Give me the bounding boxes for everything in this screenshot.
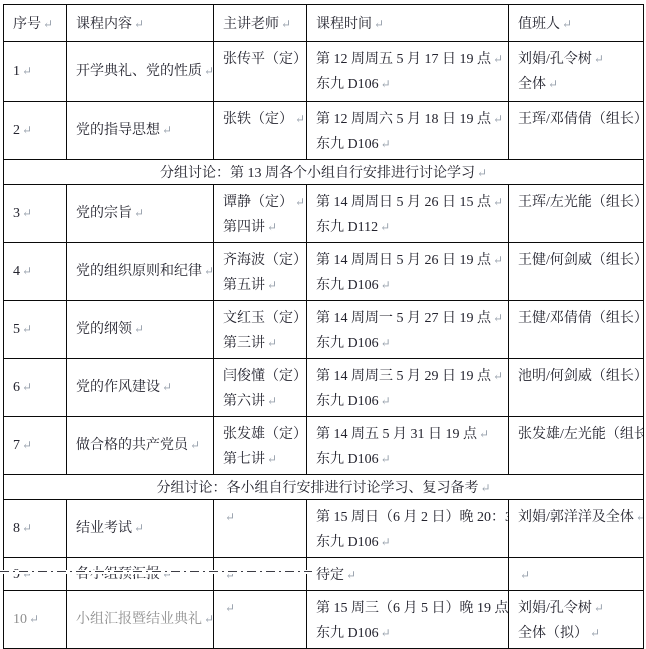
text-run: 第 15 周日（6 月 2 日）晚 20：30	[316, 510, 509, 525]
text-run: 第 14 周周日 5 月 26 日 15 点	[316, 195, 491, 210]
text-line: 闫俊懂（定）↵	[223, 364, 304, 389]
text-line: 第 14 周周一 5 月 27 日 19 点↵	[316, 306, 506, 331]
text-run: 8	[13, 521, 20, 536]
column-header-label: 主讲老师	[223, 17, 279, 32]
cell-number: 3↵	[4, 185, 67, 243]
text-line: 刘娟/孔令树↵	[518, 596, 641, 621]
paragraph-mark-icon: ↵	[27, 612, 39, 626]
text-line: 全体（拟）↵	[518, 621, 641, 646]
text-run: 小组汇报暨结业典礼	[76, 612, 202, 627]
paragraph-mark-icon: ↵	[546, 77, 558, 91]
cell-teacher: 谭静（定）↵第四讲↵	[214, 185, 307, 243]
text-run: 党的纲领	[76, 322, 132, 337]
cell-course-content: 开学典礼、党的性质↵	[67, 42, 214, 102]
paragraph-mark-icon: ↵	[265, 336, 277, 350]
text-line: 第三讲↵	[223, 331, 304, 356]
text-line: 东九 D106↵	[316, 72, 506, 97]
text-line: 齐海波（定）↵	[223, 248, 304, 273]
text-line: 第五讲↵	[223, 273, 304, 298]
table-row: 8↵结业考试↵↵第 15 周日（6 月 2 日）晚 20：30↵东九 D106↵…	[4, 500, 644, 558]
paragraph-mark-icon: ↵	[592, 601, 604, 615]
text-run: 齐海波（定）	[223, 253, 307, 268]
paragraph-mark-icon: ↵	[491, 52, 503, 66]
text-line: 2↵	[13, 118, 64, 143]
paragraph-mark-icon: ↵	[132, 322, 144, 336]
text-line: 东九 D106↵	[316, 621, 506, 646]
cell-number: 8↵	[4, 500, 67, 558]
text-line: 全体↵	[518, 72, 641, 97]
text-line: 第七讲↵	[223, 447, 304, 472]
notice-cell: 分组讨论：第 13 周各个小组自行安排进行讨论学习↵	[4, 160, 644, 185]
paragraph-mark-icon: ↵	[592, 52, 604, 66]
text-line: 9↵	[13, 562, 64, 587]
cell-teacher: ↵	[214, 500, 307, 558]
text-line: 3↵	[13, 201, 64, 226]
text-line: 王健/何剑威（组长）↵	[518, 248, 641, 273]
paragraph-mark-icon: ↵	[491, 369, 503, 383]
cell-teacher: ↵	[214, 591, 307, 649]
text-line: ↵	[223, 505, 304, 530]
text-run: 刘娟/孔令树	[518, 601, 592, 616]
cell-course-content: 各小组预汇报↵	[67, 558, 214, 591]
text-run: 张发雄/左光能（组长）	[518, 427, 644, 442]
text-line: 小组汇报暨结业典礼↵	[76, 607, 211, 632]
cell-duty: 张发雄/左光能（组长）↵	[509, 417, 644, 475]
paragraph-mark-icon: ↵	[265, 220, 277, 234]
page-break-dash-line	[0, 570, 312, 574]
text-line: 张轶（定）↵	[223, 107, 304, 132]
text-run: 第五讲	[223, 278, 265, 293]
document-canvas: 序号↵课程内容↵主讲老师↵课程时间↵值班人↵ 1↵开学典礼、党的性质↵张传平（定…	[0, 0, 646, 637]
text-line: ↵	[223, 563, 304, 588]
text-line: 第 14 周周日 5 月 26 日 15 点↵	[316, 190, 506, 215]
text-line: 党的纲领↵	[76, 317, 211, 342]
text-line: 党的作风建设↵	[76, 375, 211, 400]
cell-course-content: 党的纲领↵	[67, 301, 214, 359]
text-line: 张传平（定）↵	[223, 47, 304, 72]
text-line: 结业考试↵	[76, 516, 211, 541]
paragraph-mark-icon: ↵	[223, 510, 235, 524]
text-run: 东九 D106	[316, 137, 379, 152]
paragraph-mark-icon: ↵	[279, 17, 291, 31]
text-run: 做合格的共产党员	[76, 438, 188, 453]
text-line: 第 14 周五 5 月 31 日 19 点↵	[316, 422, 506, 447]
cell-teacher: 齐海波（定）↵第五讲↵	[214, 243, 307, 301]
text-run: 东九 D106	[316, 394, 379, 409]
text-run: 3	[13, 206, 20, 221]
paragraph-mark-icon: ↵	[378, 220, 390, 234]
column-header-label: 序号	[13, 17, 41, 32]
paragraph-mark-icon: ↵	[202, 612, 214, 626]
cell-teacher: 文红玉（定）↵第三讲↵	[214, 301, 307, 359]
text-run: 东九 D106	[316, 278, 379, 293]
text-line: 第 15 周三（6 月 5 日）晚 19 点↵	[316, 596, 506, 621]
cell-course-content: 结业考试↵	[67, 500, 214, 558]
text-run: 张发雄（定）	[223, 427, 307, 442]
text-run: 第四讲	[223, 220, 265, 235]
table-row: 5↵党的纲领↵文红玉（定）↵第三讲↵第 14 周周一 5 月 27 日 19 点…	[4, 301, 644, 359]
text-line: 张发雄（定）↵	[223, 422, 304, 447]
text-run: 结业考试	[76, 521, 132, 536]
text-line: 4↵	[13, 259, 64, 284]
paragraph-mark-icon: ↵	[588, 626, 600, 640]
text-run: 第 14 周周一 5 月 27 日 19 点	[316, 311, 491, 326]
text-run: 东九 D112	[316, 220, 378, 235]
cell-time: 第 15 周日（6 月 2 日）晚 20：30↵东九 D106↵	[307, 500, 509, 558]
text-line: 1↵	[13, 59, 64, 84]
text-line: 党的组织原则和纪律↵	[76, 259, 211, 284]
paragraph-mark-icon: ↵	[477, 427, 489, 441]
paragraph-mark-icon: ↵	[379, 394, 391, 408]
paragraph-mark-icon: ↵	[132, 17, 144, 31]
text-run: 全体（拟）	[518, 626, 588, 641]
cell-duty: 王健/邓倩倩（组长）↵	[509, 301, 644, 359]
paragraph-mark-icon: ↵	[478, 481, 490, 495]
paragraph-mark-icon: ↵	[132, 521, 144, 535]
text-line: 第 12 周周五 5 月 17 日 19 点↵	[316, 47, 506, 72]
paragraph-mark-icon: ↵	[132, 206, 144, 220]
paragraph-mark-icon: ↵	[20, 521, 32, 535]
cell-time: 第 14 周周日 5 月 26 日 19 点↵东九 D106↵	[307, 243, 509, 301]
column-header: 序号↵	[4, 5, 67, 42]
paragraph-mark-icon: ↵	[379, 77, 391, 91]
cell-duty: ↵	[509, 558, 644, 591]
text-line: 第 12 周周六 5 月 18 日 19 点↵	[316, 107, 506, 132]
text-run: 东九 D106	[316, 452, 379, 467]
text-line: 谭静（定）↵	[223, 190, 304, 215]
cell-course-content: 党的指导思想↵	[67, 102, 214, 160]
notice-cell: 分组讨论：各小组自行安排进行讨论学习、复习备考↵	[4, 475, 644, 500]
text-run: 第 12 周周五 5 月 17 日 19 点	[316, 52, 491, 67]
text-line: 东九 D106↵	[316, 273, 506, 298]
text-line: 第四讲↵	[223, 215, 304, 240]
text-line: 东九 D106↵	[316, 132, 506, 157]
cell-teacher: 张轶（定）↵	[214, 102, 307, 160]
cell-time: 第 14 周五 5 月 31 日 19 点↵东九 D106↵	[307, 417, 509, 475]
text-line: 第 14 周周三 5 月 29 日 19 点↵	[316, 364, 506, 389]
text-run: 第 12 周周六 5 月 18 日 19 点	[316, 112, 491, 127]
text-run: 9	[13, 567, 20, 582]
notice-text: 分组讨论：各小组自行安排进行讨论学习、复习备考	[156, 481, 478, 496]
text-run: 党的指导思想	[76, 123, 160, 138]
paragraph-mark-icon: ↵	[41, 17, 53, 31]
text-run: 第六讲	[223, 394, 265, 409]
text-run: 第 14 周周日 5 月 26 日 19 点	[316, 253, 491, 268]
text-line: 刘娟/郭洋洋及全体↵	[518, 505, 641, 530]
cell-time: 第 12 周周五 5 月 17 日 19 点↵东九 D106↵	[307, 42, 509, 102]
cell-course-content: 党的组织原则和纪律↵	[67, 243, 214, 301]
text-run: 文红玉（定）	[223, 311, 307, 326]
paragraph-mark-icon: ↵	[188, 438, 200, 452]
cell-teacher: 张传平（定）↵	[214, 42, 307, 102]
cell-course-content: 党的宗旨↵	[67, 185, 214, 243]
text-line: 王珲/左光能（组长）↵	[518, 190, 641, 215]
text-line: 池明/何剑威（组长）↵	[518, 364, 641, 389]
text-run: 东九 D106	[316, 535, 379, 550]
cell-teacher: 闫俊懂（定）↵第六讲↵	[214, 359, 307, 417]
paragraph-mark-icon: ↵	[344, 568, 356, 582]
text-line: 10↵	[13, 607, 64, 632]
text-line: 各小组预汇报↵	[76, 562, 211, 587]
text-line: ↵	[223, 596, 304, 621]
table-row: 1↵开学典礼、党的性质↵张传平（定）↵第 12 周周五 5 月 17 日 19 …	[4, 42, 644, 102]
text-run: 全体	[518, 77, 546, 92]
paragraph-mark-icon: ↵	[160, 380, 172, 394]
cell-number: 2↵	[4, 102, 67, 160]
text-run: 王健/邓倩倩（组长）	[518, 311, 644, 326]
paragraph-mark-icon: ↵	[475, 166, 487, 180]
paragraph-mark-icon: ↵	[265, 452, 277, 466]
paragraph-mark-icon: ↵	[491, 195, 503, 209]
text-run: 王健/何剑威（组长）	[518, 253, 644, 268]
cell-duty: 王健/何剑威（组长）↵	[509, 243, 644, 301]
text-run: 张轶（定）	[223, 112, 293, 127]
notice-text: 分组讨论：第 13 周各个小组自行安排进行讨论学习	[160, 166, 475, 181]
paragraph-mark-icon: ↵	[491, 253, 503, 267]
paragraph-mark-icon: ↵	[518, 568, 530, 582]
column-header-label: 课程时间	[316, 17, 372, 32]
column-header-label: 值班人	[518, 17, 560, 32]
cell-number: 5↵	[4, 301, 67, 359]
paragraph-mark-icon: ↵	[265, 278, 277, 292]
cell-course-content: 小组汇报暨结业典礼↵	[67, 591, 214, 649]
paragraph-mark-icon: ↵	[634, 510, 644, 524]
cell-time: 第 15 周三（6 月 5 日）晚 19 点↵东九 D106↵	[307, 591, 509, 649]
cell-duty: 王珲/邓倩倩（组长）↵	[509, 102, 644, 160]
text-run: 刘娟/郭洋洋及全体	[518, 510, 634, 525]
cell-time: 第 14 周周一 5 月 27 日 19 点↵东九 D106↵	[307, 301, 509, 359]
text-line: 开学典礼、党的性质↵	[76, 59, 211, 84]
text-run: 闫俊懂（定）	[223, 369, 307, 384]
paragraph-mark-icon: ↵	[491, 311, 503, 325]
text-line: 第六讲↵	[223, 389, 304, 414]
table-row: 3↵党的宗旨↵谭静（定）↵第四讲↵第 14 周周日 5 月 26 日 15 点↵…	[4, 185, 644, 243]
text-line: 第 15 周日（6 月 2 日）晚 20：30↵	[316, 505, 506, 530]
cell-time: 第 12 周周六 5 月 18 日 19 点↵东九 D106↵	[307, 102, 509, 160]
paragraph-mark-icon: ↵	[202, 64, 214, 78]
text-line: 第 14 周周日 5 月 26 日 19 点↵	[316, 248, 506, 273]
notice-row: 分组讨论：各小组自行安排进行讨论学习、复习备考↵	[4, 475, 644, 500]
text-run: 4	[13, 264, 20, 279]
paragraph-mark-icon: ↵	[20, 380, 32, 394]
text-run: 王珲/邓倩倩（组长）	[518, 112, 644, 127]
text-run: 池明/何剑威（组长）	[518, 369, 644, 384]
cell-number: 9↵	[4, 558, 67, 591]
paragraph-mark-icon: ↵	[379, 535, 391, 549]
paragraph-mark-icon: ↵	[202, 264, 214, 278]
cell-number: 7↵	[4, 417, 67, 475]
table-row: 2↵党的指导思想↵张轶（定）↵第 12 周周六 5 月 18 日 19 点↵东九…	[4, 102, 644, 160]
text-line: 7↵	[13, 433, 64, 458]
cell-teacher: ↵	[214, 558, 307, 591]
text-line: 做合格的共产党员↵	[76, 433, 211, 458]
paragraph-mark-icon: ↵	[293, 112, 305, 126]
paragraph-mark-icon: ↵	[379, 278, 391, 292]
text-line: ↵	[518, 563, 641, 588]
text-run: 东九 D106	[316, 626, 379, 641]
paragraph-mark-icon: ↵	[20, 322, 32, 336]
paragraph-mark-icon: ↵	[379, 452, 391, 466]
paragraph-mark-icon: ↵	[372, 17, 384, 31]
paragraph-mark-icon: ↵	[379, 626, 391, 640]
column-header: 课程内容↵	[67, 5, 214, 42]
text-run: 谭静（定）	[223, 195, 293, 210]
text-run: 第三讲	[223, 336, 265, 351]
cell-duty: 刘娟/孔令树↵全体（拟）↵	[509, 591, 644, 649]
table-row: 4↵党的组织原则和纪律↵齐海波（定）↵第五讲↵第 14 周周日 5 月 26 日…	[4, 243, 644, 301]
cell-number: 4↵	[4, 243, 67, 301]
paragraph-mark-icon: ↵	[20, 123, 32, 137]
text-run: 党的组织原则和纪律	[76, 264, 202, 279]
text-run: 东九 D106	[316, 77, 379, 92]
course-schedule-table: 序号↵课程内容↵主讲老师↵课程时间↵值班人↵ 1↵开学典礼、党的性质↵张传平（定…	[3, 4, 644, 649]
text-line: 8↵	[13, 516, 64, 541]
text-run: 1	[13, 64, 20, 79]
cell-course-content: 党的作风建设↵	[67, 359, 214, 417]
cell-number: 6↵	[4, 359, 67, 417]
text-line: 王珲/邓倩倩（组长）↵	[518, 107, 641, 132]
text-run: 党的作风建设	[76, 380, 160, 395]
cell-duty: 刘娟/孔令树↵全体↵	[509, 42, 644, 102]
text-run: 第 15 周三（6 月 5 日）晚 19 点	[316, 601, 509, 616]
text-run: 张传平（定）	[223, 52, 307, 67]
paragraph-mark-icon: ↵	[379, 137, 391, 151]
cell-time: 第 14 周周三 5 月 29 日 19 点↵东九 D106↵	[307, 359, 509, 417]
paragraph-mark-icon: ↵	[160, 123, 172, 137]
text-run: 开学典礼、党的性质	[76, 64, 202, 79]
paragraph-mark-icon: ↵	[20, 64, 32, 78]
text-run: 2	[13, 123, 20, 138]
paragraph-mark-icon: ↵	[491, 112, 503, 126]
text-run: 待定	[316, 568, 344, 583]
column-header-label: 课程内容	[76, 17, 132, 32]
column-header: 课程时间↵	[307, 5, 509, 42]
paragraph-mark-icon: ↵	[379, 336, 391, 350]
text-run: 5	[13, 322, 20, 337]
paragraph-mark-icon: ↵	[293, 195, 305, 209]
text-run: 刘娟/孔令树	[518, 52, 592, 67]
text-line: 东九 D106↵	[316, 447, 506, 472]
notice-row: 分组讨论：第 13 周各个小组自行安排进行讨论学习↵	[4, 160, 644, 185]
text-line: 文红玉（定）↵	[223, 306, 304, 331]
column-header: 值班人↵	[509, 5, 644, 42]
paragraph-mark-icon: ↵	[265, 394, 277, 408]
text-run: 7	[13, 438, 20, 453]
text-run: 各小组预汇报	[76, 567, 160, 582]
text-line: 东九 D106↵	[316, 530, 506, 555]
text-line: 党的宗旨↵	[76, 201, 211, 226]
cell-course-content: 做合格的共产党员↵	[67, 417, 214, 475]
paragraph-mark-icon: ↵	[20, 264, 32, 278]
text-line: 6↵	[13, 375, 64, 400]
text-run: 第 14 周周三 5 月 29 日 19 点	[316, 369, 491, 384]
paragraph-mark-icon: ↵	[20, 206, 32, 220]
text-line: 东九 D106↵	[316, 331, 506, 356]
paragraph-mark-icon: ↵	[223, 601, 235, 615]
text-line: 东九 D112↵	[316, 215, 506, 240]
text-run: 党的宗旨	[76, 206, 132, 221]
text-line: 刘娟/孔令树↵	[518, 47, 641, 72]
cell-number: 1↵	[4, 42, 67, 102]
header-row: 序号↵课程内容↵主讲老师↵课程时间↵值班人↵	[4, 5, 644, 42]
cell-duty: 王珲/左光能（组长）↵	[509, 185, 644, 243]
text-run: 王珲/左光能（组长）	[518, 195, 644, 210]
text-line: 党的指导思想↵	[76, 118, 211, 143]
text-line: 5↵	[13, 317, 64, 342]
cell-number: 10↵	[4, 591, 67, 649]
table-row: 6↵党的作风建设↵闫俊懂（定）↵第六讲↵第 14 周周三 5 月 29 日 19…	[4, 359, 644, 417]
text-run: 10	[13, 612, 27, 627]
text-line: 东九 D106↵	[316, 389, 506, 414]
text-run: 第七讲	[223, 452, 265, 467]
table-row: 7↵做合格的共产党员↵张发雄（定）↵第七讲↵第 14 周五 5 月 31 日 1…	[4, 417, 644, 475]
text-run: 东九 D106	[316, 336, 379, 351]
paragraph-mark-icon: ↵	[560, 17, 572, 31]
text-line: 张发雄/左光能（组长）↵	[518, 422, 641, 447]
paragraph-mark-icon: ↵	[20, 438, 32, 452]
text-run: 6	[13, 380, 20, 395]
cell-time: 第 14 周周日 5 月 26 日 15 点↵东九 D112↵	[307, 185, 509, 243]
cell-teacher: 张发雄（定）↵第七讲↵	[214, 417, 307, 475]
text-line: 待定↵	[316, 563, 506, 588]
table-row: 9↵各小组预汇报↵↵待定↵↵	[4, 558, 644, 591]
cell-duty: 刘娟/郭洋洋及全体↵	[509, 500, 644, 558]
text-line: 王健/邓倩倩（组长）↵	[518, 306, 641, 331]
text-run: 第 14 周五 5 月 31 日 19 点	[316, 427, 477, 442]
table-row: 10↵小组汇报暨结业典礼↵↵第 15 周三（6 月 5 日）晚 19 点↵东九 …	[4, 591, 644, 649]
cell-time: 待定↵	[307, 558, 509, 591]
column-header: 主讲老师↵	[214, 5, 307, 42]
cell-duty: 池明/何剑威（组长）↵	[509, 359, 644, 417]
